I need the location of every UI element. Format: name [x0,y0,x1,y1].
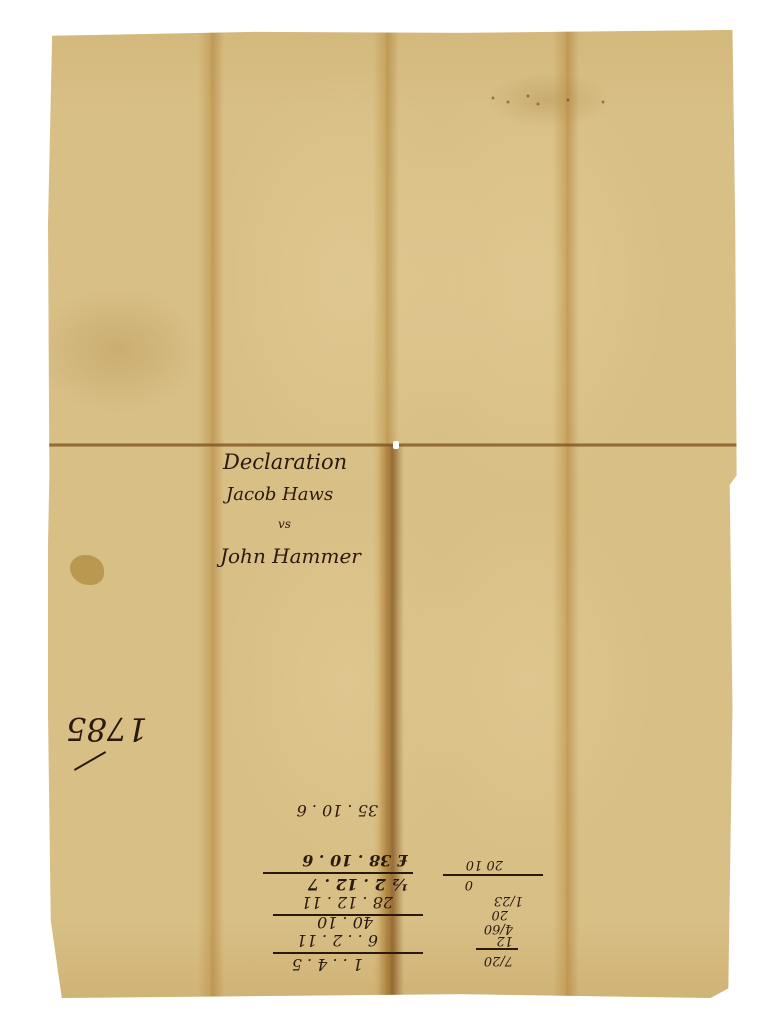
calc-rule [476,949,518,951]
calc-row: 7/20 [484,953,513,968]
document-page: Declaration Jacob Haws vs John Hammer 17… [48,30,738,998]
pin-hole [393,441,399,449]
ink-specks [483,92,613,110]
endorsement-versus: vs [278,517,291,531]
endorsement-title: Declaration [223,450,347,474]
calc-row: 20 10 [466,857,503,872]
endorsement-plaintiff: Jacob Haws [226,484,333,505]
year-inverted: 1785 [66,710,147,748]
calc-row: 0 [465,877,473,892]
calc-row: 12 [496,933,513,948]
sum-row: 6 . . 2 . 11 [297,931,378,950]
sum-row: ½ 2 . 12 . 7 [308,875,408,894]
sums-calculation-inverted: 35 . 10 . 6 £ 38 . 10 . 6 ½ 2 . 12 . 7 2… [228,798,433,978]
sum-rule [273,953,423,955]
side-calculation-inverted: 20 10 0 1/23 20 4/60 12 7/20 [433,850,543,980]
sum-row: 35 . 10 . 6 [297,801,378,820]
calc-row: 1/23 [494,893,523,908]
stain-blob [70,555,104,585]
fold-line-vertical-3 [553,30,579,998]
calc-rule [443,875,543,877]
fold-line-vertical-1 [198,30,224,998]
calc-row: 20 [491,907,508,922]
endorsement-defendant: John Hammer [220,544,361,568]
year-underline [74,751,106,771]
sum-row: £ 38 . 10 . 6 [302,851,408,870]
sum-row: 28 . 12 . 11 [301,893,393,912]
sum-row: 40 . 10 [317,913,373,932]
sum-row: 1 . . 4 . 5 [292,955,363,974]
sum-rule [263,873,413,875]
